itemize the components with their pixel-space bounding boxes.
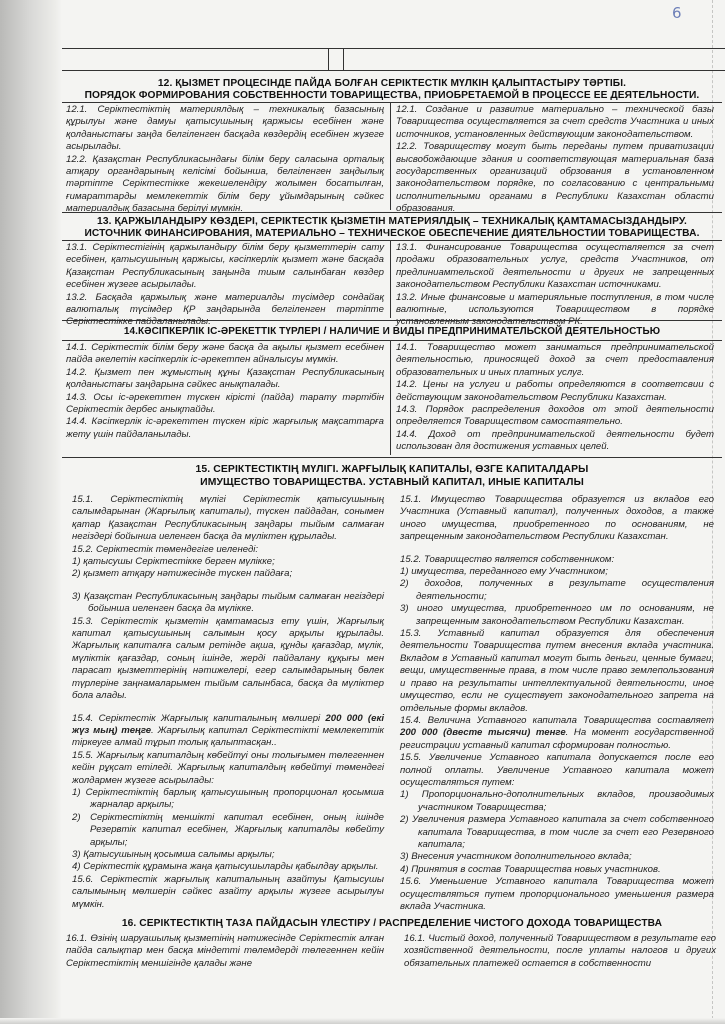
divider xyxy=(62,240,722,241)
column-divider xyxy=(390,240,391,318)
scan-bottom-edge xyxy=(0,1018,725,1024)
clause-15-6-kz: 15.6. Серіктестік жарғылық капиталының а… xyxy=(72,874,384,911)
clause-14-2-kz: 14.2. Қызмет пен жұмыстың құны Қазақстан… xyxy=(66,367,384,392)
clause-14-3-kz: 14.3. Осы іс-әрекеттен түскен кірісті (п… xyxy=(66,392,384,417)
divider xyxy=(62,102,722,103)
clause-12-1-kz: 12.1. Серіктестіктің материялдық – техни… xyxy=(66,104,384,154)
capital-amount: 200 000 (двесте тысячи) тенге xyxy=(400,727,566,738)
divider xyxy=(62,457,722,458)
section-13-title-ru: ИСТОЧНИК ФИНАНСИРОВАНИЯ, МАТЕРИАЛЬНО – Т… xyxy=(62,228,722,240)
clause-13-1-ru: 13.1. Финансирование Товарищества осущес… xyxy=(396,242,714,292)
clause-14-1-ru: 14.1. Товарищество может заниматься пред… xyxy=(396,342,714,379)
section-14-kz-column: 14.1. Серіктестік білім беру және басқа … xyxy=(66,342,384,441)
clause-16-1-kz: 16.1. Өзінің шаруашылық қызметінің нәтиж… xyxy=(66,933,384,970)
clause-14-4-ru: 14.4. Доход от предпринимательской деяте… xyxy=(396,429,714,454)
section-16-title: 16. СЕРІКТЕСТІКТІҢ ТАЗА ПАЙДАСЫН ҮЛЕСТІР… xyxy=(62,918,722,930)
section-12-kz-column: 12.1. Серіктестіктің материялдық – техни… xyxy=(66,104,384,216)
list-item: 4) Серіктестік құрамына жаңа қатысушылар… xyxy=(72,861,384,873)
section-13-ru-column: 13.1. Финансирование Товарищества осущес… xyxy=(396,242,714,329)
section-12-ru-column: 12.1. Создание и развитие материально – … xyxy=(396,104,714,216)
clause-15-6-ru: 15.6. Уменьшение Уставного капитала Това… xyxy=(400,876,714,913)
section-15-title-kz: 15. СЕРІКТЕСТІКТІҢ МҮЛІГІ. ЖАРҒЫЛЫҚ КАПИ… xyxy=(62,464,722,476)
clause-15-4-ru: 15.4. Величина Уставного капитала Товари… xyxy=(400,715,714,752)
clause-13-2-kz: 13.2. Басқада қаржылық және материалды т… xyxy=(66,292,384,329)
clause-15-2-kz: 15.2. Серіктестік төмендегіге иеленеді: xyxy=(72,544,384,556)
section-15-ru-column: 15.1. Имущество Товарищества образуется … xyxy=(400,494,714,913)
clause-16-1-ru: 16.1. Чистый доход, полученный Товарищес… xyxy=(404,933,716,970)
list-item: 2) Серіктестіктің меншікті капитал есебі… xyxy=(72,812,384,849)
table-bottom-rule xyxy=(62,70,725,71)
clause-12-1-ru: 12.1. Создание и развитие материально – … xyxy=(396,104,714,141)
table-divider xyxy=(328,48,329,70)
clause-12-2-kz: 12.2. Қазақстан Республикасындағы білім … xyxy=(66,154,384,216)
list-item: 1) қатысушы Серіктестікке берген мүлікке… xyxy=(72,556,384,568)
list-item: 3) Қатысушының қосымша салымы арқылы; xyxy=(72,849,384,861)
clause-14-1-kz: 14.1. Серіктестік білім беру және басқа … xyxy=(66,342,384,367)
list-item: 1) имущества, переданного ему Участником… xyxy=(400,566,714,578)
divider xyxy=(62,212,722,213)
text: 15.4. Величина Уставного капитала Товари… xyxy=(400,715,714,726)
clause-13-1-kz: 13.1. Серіктестігінің қаржыландыру білім… xyxy=(66,242,384,292)
spacer xyxy=(400,544,714,554)
clause-15-5-kz: 15.5. Жарғылық капиталдың көбейтуі оны т… xyxy=(72,750,384,787)
section-16-kz-column: 16.1. Өзінің шаруашылық қызметінің нәтиж… xyxy=(66,933,384,970)
text: 15.4. Серіктестік Жарғылық капиталының м… xyxy=(72,713,325,724)
list-item: 1) Пропорционально-дополнительных вкладо… xyxy=(400,789,714,814)
section-12-title-kz: 12. ҚЫЗМЕТ ПРОЦЕСІНДЕ ПАЙДА БОЛҒАН СЕРІК… xyxy=(62,78,722,90)
table-top-rule xyxy=(62,48,725,49)
spacer xyxy=(72,703,384,713)
clause-15-1-kz: 15.1. Серіктестіктің мүлігі Серіктестік … xyxy=(72,494,384,544)
section-15-title-ru: ИМУЩЕСТВО ТОВАРИЩЕСТВА. УСТАВНЫЙ КАПИТАЛ… xyxy=(62,477,722,489)
handwritten-page-number: 6 xyxy=(672,4,682,22)
list-item: 2) Увеличения размера Уставного капитала… xyxy=(400,814,714,851)
spacer xyxy=(72,581,384,591)
clause-15-1-ru: 15.1. Имущество Товарищества образуется … xyxy=(400,494,714,544)
clause-14-4-kz: 14.4. Кәсіпкерлік іс-әрекеттен түскен кі… xyxy=(66,416,384,441)
clause-15-4-kz: 15.4. Серіктестік Жарғылық капиталының м… xyxy=(72,713,384,750)
section-15-kz-column: 15.1. Серіктестіктің мүлігі Серіктестік … xyxy=(72,494,384,911)
list-item: 4) Принятия в состав Товарищества новых … xyxy=(400,864,714,876)
column-divider xyxy=(390,102,391,210)
list-item: 2) қызмет атқару нәтижесінде түскен пайд… xyxy=(72,568,384,580)
clause-15-5-ru: 15.5. Увеличение Уставного капитала допу… xyxy=(400,752,714,789)
scan-margin xyxy=(0,0,62,1024)
clause-13-2-ru: 13.2. Иные финансовые и материяльные пос… xyxy=(396,292,714,329)
clause-15-3-kz: 15.3. Серіктестік қызметін қамтамасыз ет… xyxy=(72,616,384,703)
clause-14-2-ru: 14.2. Цены на услуги и работы определяют… xyxy=(396,379,714,404)
clause-12-2-ru: 12.2. Товариществу могут быть переданы п… xyxy=(396,141,714,215)
clause-14-3-ru: 14.3. Порядок распределения доходов от э… xyxy=(396,404,714,429)
table-divider xyxy=(343,48,344,70)
list-item: 3) Внесения участником дополнительного в… xyxy=(400,851,714,863)
section-13-title-kz: 13. ҚАРЖЫЛАНДЫРУ КӨЗДЕРІ, СЕРІКТЕСТІК ҚЫ… xyxy=(62,216,722,228)
list-item: 3) Қазақстан Республикасының заңдары тый… xyxy=(72,591,384,616)
list-item: 3) иного имущества, приобретенного им по… xyxy=(400,603,714,628)
section-16-ru-column: 16.1. Чистый доход, полученный Товарищес… xyxy=(404,933,716,970)
divider xyxy=(62,320,722,321)
section-14-ru-column: 14.1. Товарищество может заниматься пред… xyxy=(396,342,714,454)
column-divider xyxy=(390,340,391,455)
clause-15-3-ru: 15.3. Уставный капитал образуется для об… xyxy=(400,628,714,715)
section-14-title: 14.КӘСІПКЕРЛІК ІС-ӘРЕКЕТТІК ТҮРЛЕРІ / НА… xyxy=(62,326,722,338)
clause-15-2-ru: 15.2. Товарищество является собственнико… xyxy=(400,554,714,566)
section-12-title-ru: ПОРЯДОК ФОРМИРОВАНИЯ СОБСТВЕННОСТИ ТОВАР… xyxy=(62,90,722,102)
section-13-kz-column: 13.1. Серіктестігінің қаржыландыру білім… xyxy=(66,242,384,329)
list-item: 2) доходов, полученных в результате осущ… xyxy=(400,578,714,603)
list-item: 1) Серіктестіктің барлық қатысушының про… xyxy=(72,787,384,812)
divider xyxy=(62,340,722,341)
